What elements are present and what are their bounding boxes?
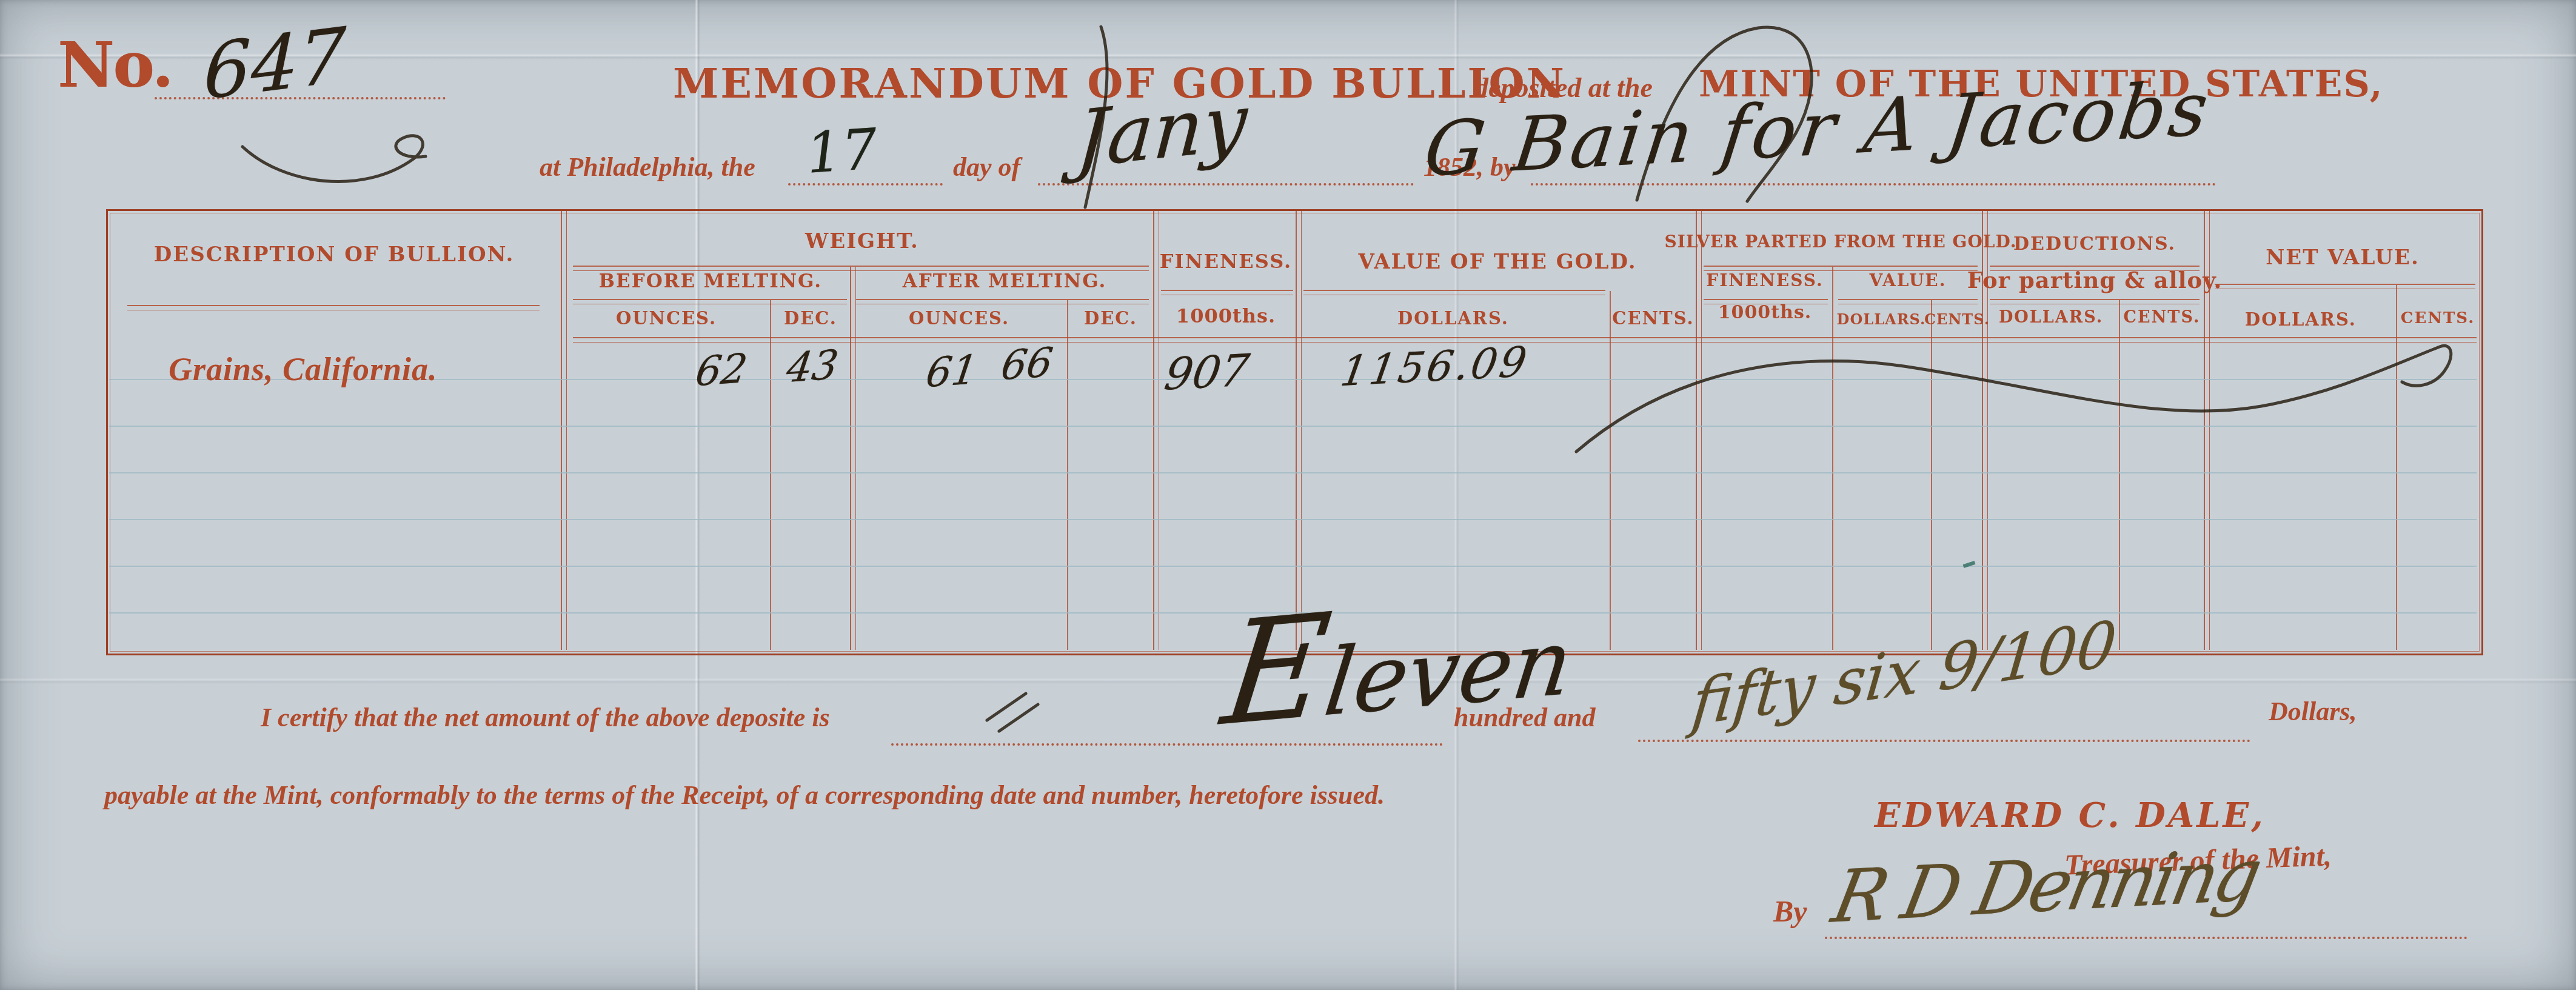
- amount-tick-marks: [987, 694, 1038, 731]
- memorandum-document: No. 647 MEMORANDUM OF GOLD BULLION depos…: [0, 0, 2576, 990]
- ink-flourishes: [0, 0, 2576, 990]
- empty-columns-strike-curve: [1576, 346, 2451, 452]
- signature-ascender-stroke: [1085, 27, 1107, 207]
- signature-loop-stroke: [1637, 27, 1812, 201]
- no-value-flourish: [243, 136, 426, 182]
